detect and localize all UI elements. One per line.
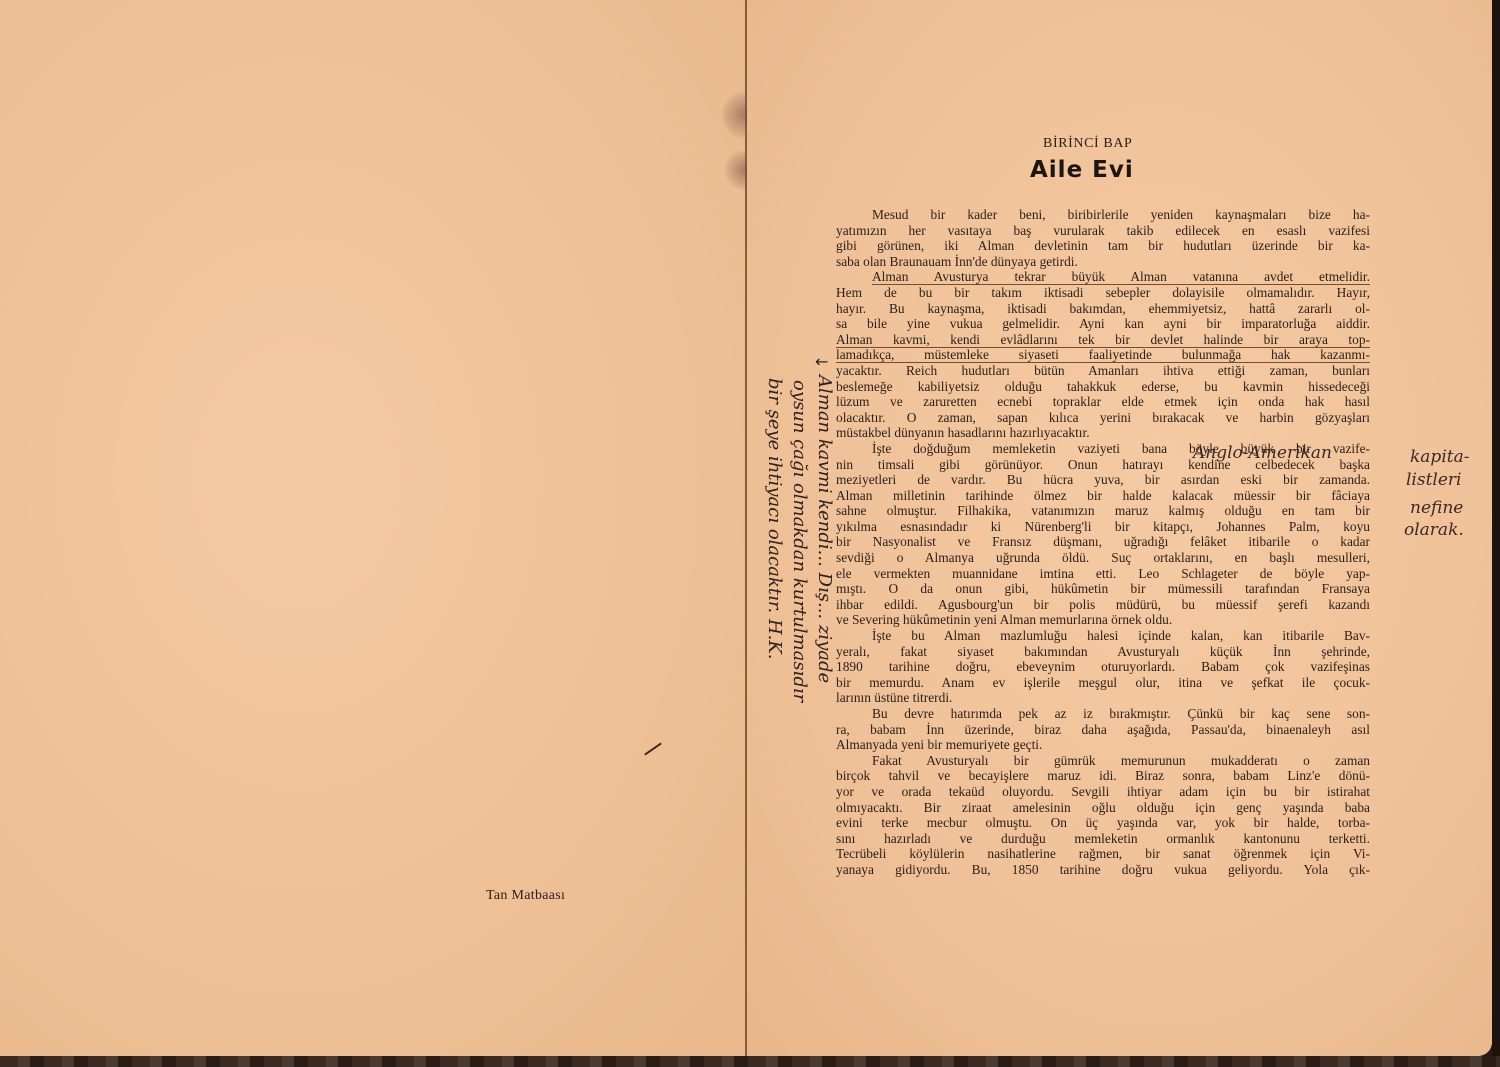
text-line: yatımızın her vasıtaya baş vurularak tak… [836, 223, 1370, 239]
handwritten-vertical-note: oysun çağı olmakdan kurtulmasıdır [789, 380, 810, 702]
text-line: lamadıkça, müstemleke siyaseti faaliyeti… [836, 347, 1370, 363]
text-line: sa bile yine vukua gelmelidir. Ayni kan … [836, 316, 1370, 332]
page-edge-shadow [1492, 0, 1500, 1067]
text-line: larının üstüne titrerdi. [836, 690, 1370, 706]
text-line: 1890 tarihine doğru, ebeveynim oturuyorl… [836, 659, 1370, 675]
text-line: sahne olmuştur. Filhakika, vatanımızın m… [836, 503, 1370, 519]
text-line: yıkılma esnasındadır ki Nürenberg'li bir… [836, 519, 1370, 535]
text-line: Alman milletinin tarihinde ölmez bir hal… [836, 488, 1370, 504]
printer-imprint: Tan Matbaası [486, 888, 565, 904]
chapter-body: Mesud bir kader beni, biribirlerile yeni… [836, 207, 1370, 878]
text-line: Bu devre hatırımda pek az iz bırakmıştır… [836, 706, 1370, 722]
handwritten-vertical-note: bir şeye ihtiyacı olacaktır. H.K. [764, 378, 785, 660]
text-line: evini terke mecbur olmuştu. On üç yaşınd… [836, 815, 1370, 831]
text-line: meziyetleri de vardır. Bu hücra yuva, bi… [836, 472, 1370, 488]
text-line: Alman kavmi, kendi evlâdlarını tek bir d… [836, 332, 1370, 348]
text-line: Alman Avusturya tekrar büyük Alman vatan… [836, 269, 1370, 285]
text-line: yacaktır. Reich hudutları bütün Amanları… [836, 363, 1370, 379]
text-line: ihbar edildi. Agusbourg'un bir polis müd… [836, 597, 1370, 613]
text-line: olmıyacaktı. Bir ziraat amelesinin oğlu … [836, 800, 1370, 816]
text-line: yeralı, fakat siyaset bakımından Avustur… [836, 644, 1370, 660]
book-bottom-edge [0, 1056, 1500, 1067]
text-line: Hem de bu bir takım iktisadi sebepler do… [836, 285, 1370, 301]
handwritten-vertical-note: Alman kavmi kendi... Dış... ziyade [814, 375, 835, 683]
text-line: gibi görünen, iki Alman devletinin tam b… [836, 238, 1370, 254]
handwritten-margin-note-line: listleri [1406, 470, 1462, 490]
chapter-title: Aile Evi [1030, 157, 1134, 183]
text-line: birçok tahvil ve becayişlere maruz idi. … [836, 768, 1370, 784]
text-line: Fakat Avusturyalı bir gümrük memurunun m… [836, 753, 1370, 769]
text-line: yor ve orada tekaüd oluyordu. Sevgili ih… [836, 784, 1370, 800]
text-line: ele vermekten muannidane imtina etti. Le… [836, 566, 1370, 582]
text-line: mıştı. O da onun gibi, hükûmetin bir müm… [836, 581, 1370, 597]
arrow-icon: ← [815, 352, 828, 371]
text-line: Tecrübeli köylülerin nasihatlerine rağme… [836, 846, 1370, 862]
text-line: müstakbel dünyanın hasadlarını hazırlıya… [836, 425, 1370, 441]
text-line: saba olan Braunauam İnn'de dünyaya getir… [836, 254, 1370, 270]
text-line: sevdiği o Almanya uğrunda öldü. Suç orta… [836, 550, 1370, 566]
text-line: ra, babam İnn üzerinde, biraz daha aşağı… [836, 722, 1370, 738]
pencil-mark [644, 742, 662, 755]
text-line: bir memurdu. Anam ev işlerile meşgul olu… [836, 675, 1370, 691]
text-line: olacaktır. O zaman, sapan kılıca yerini … [836, 410, 1370, 426]
text-line: yanaya gidiyordu. Bu, 1850 tarihine doğr… [836, 862, 1370, 878]
handwritten-inline-note: Anglo-Amerikan [1193, 443, 1332, 463]
text-line: bir Nasyonalist ve Fransız düşmanı, uğra… [836, 534, 1370, 550]
text-line: hayır. Bu kaynaşma, iktisadi bakımdan, e… [836, 301, 1370, 317]
handwritten-margin-note-line: kapita- [1410, 447, 1469, 467]
text-line: beslemeğe kabiliyetsiz olduğu tahakkuk e… [836, 379, 1370, 395]
text-line: İşte bu Alman mazlumluğu halesi içinde k… [836, 628, 1370, 644]
handwritten-margin-note-line: nefine [1410, 498, 1463, 518]
text-line: Almanyada yeni bir memuriyete geçti. [836, 737, 1370, 753]
text-line: lüzum ve zaruretten ecnebi topraklar eld… [836, 394, 1370, 410]
text-line: ve Severing hükûmetinin yeni Alman memur… [836, 612, 1370, 628]
chapter-label: BİRİNCİ BAP [1043, 136, 1132, 152]
text-line: Mesud bir kader beni, biribirlerile yeni… [836, 207, 1370, 223]
left-page: Tan Matbaası [0, 0, 745, 1056]
text-line: sını hazırladı ve durduğu memleketin orm… [836, 831, 1370, 847]
book-spread: Tan Matbaası BİRİNCİ BAP Aile Evi Mesud … [0, 0, 1492, 1056]
handwritten-margin-note-line: olarak. [1404, 520, 1464, 540]
